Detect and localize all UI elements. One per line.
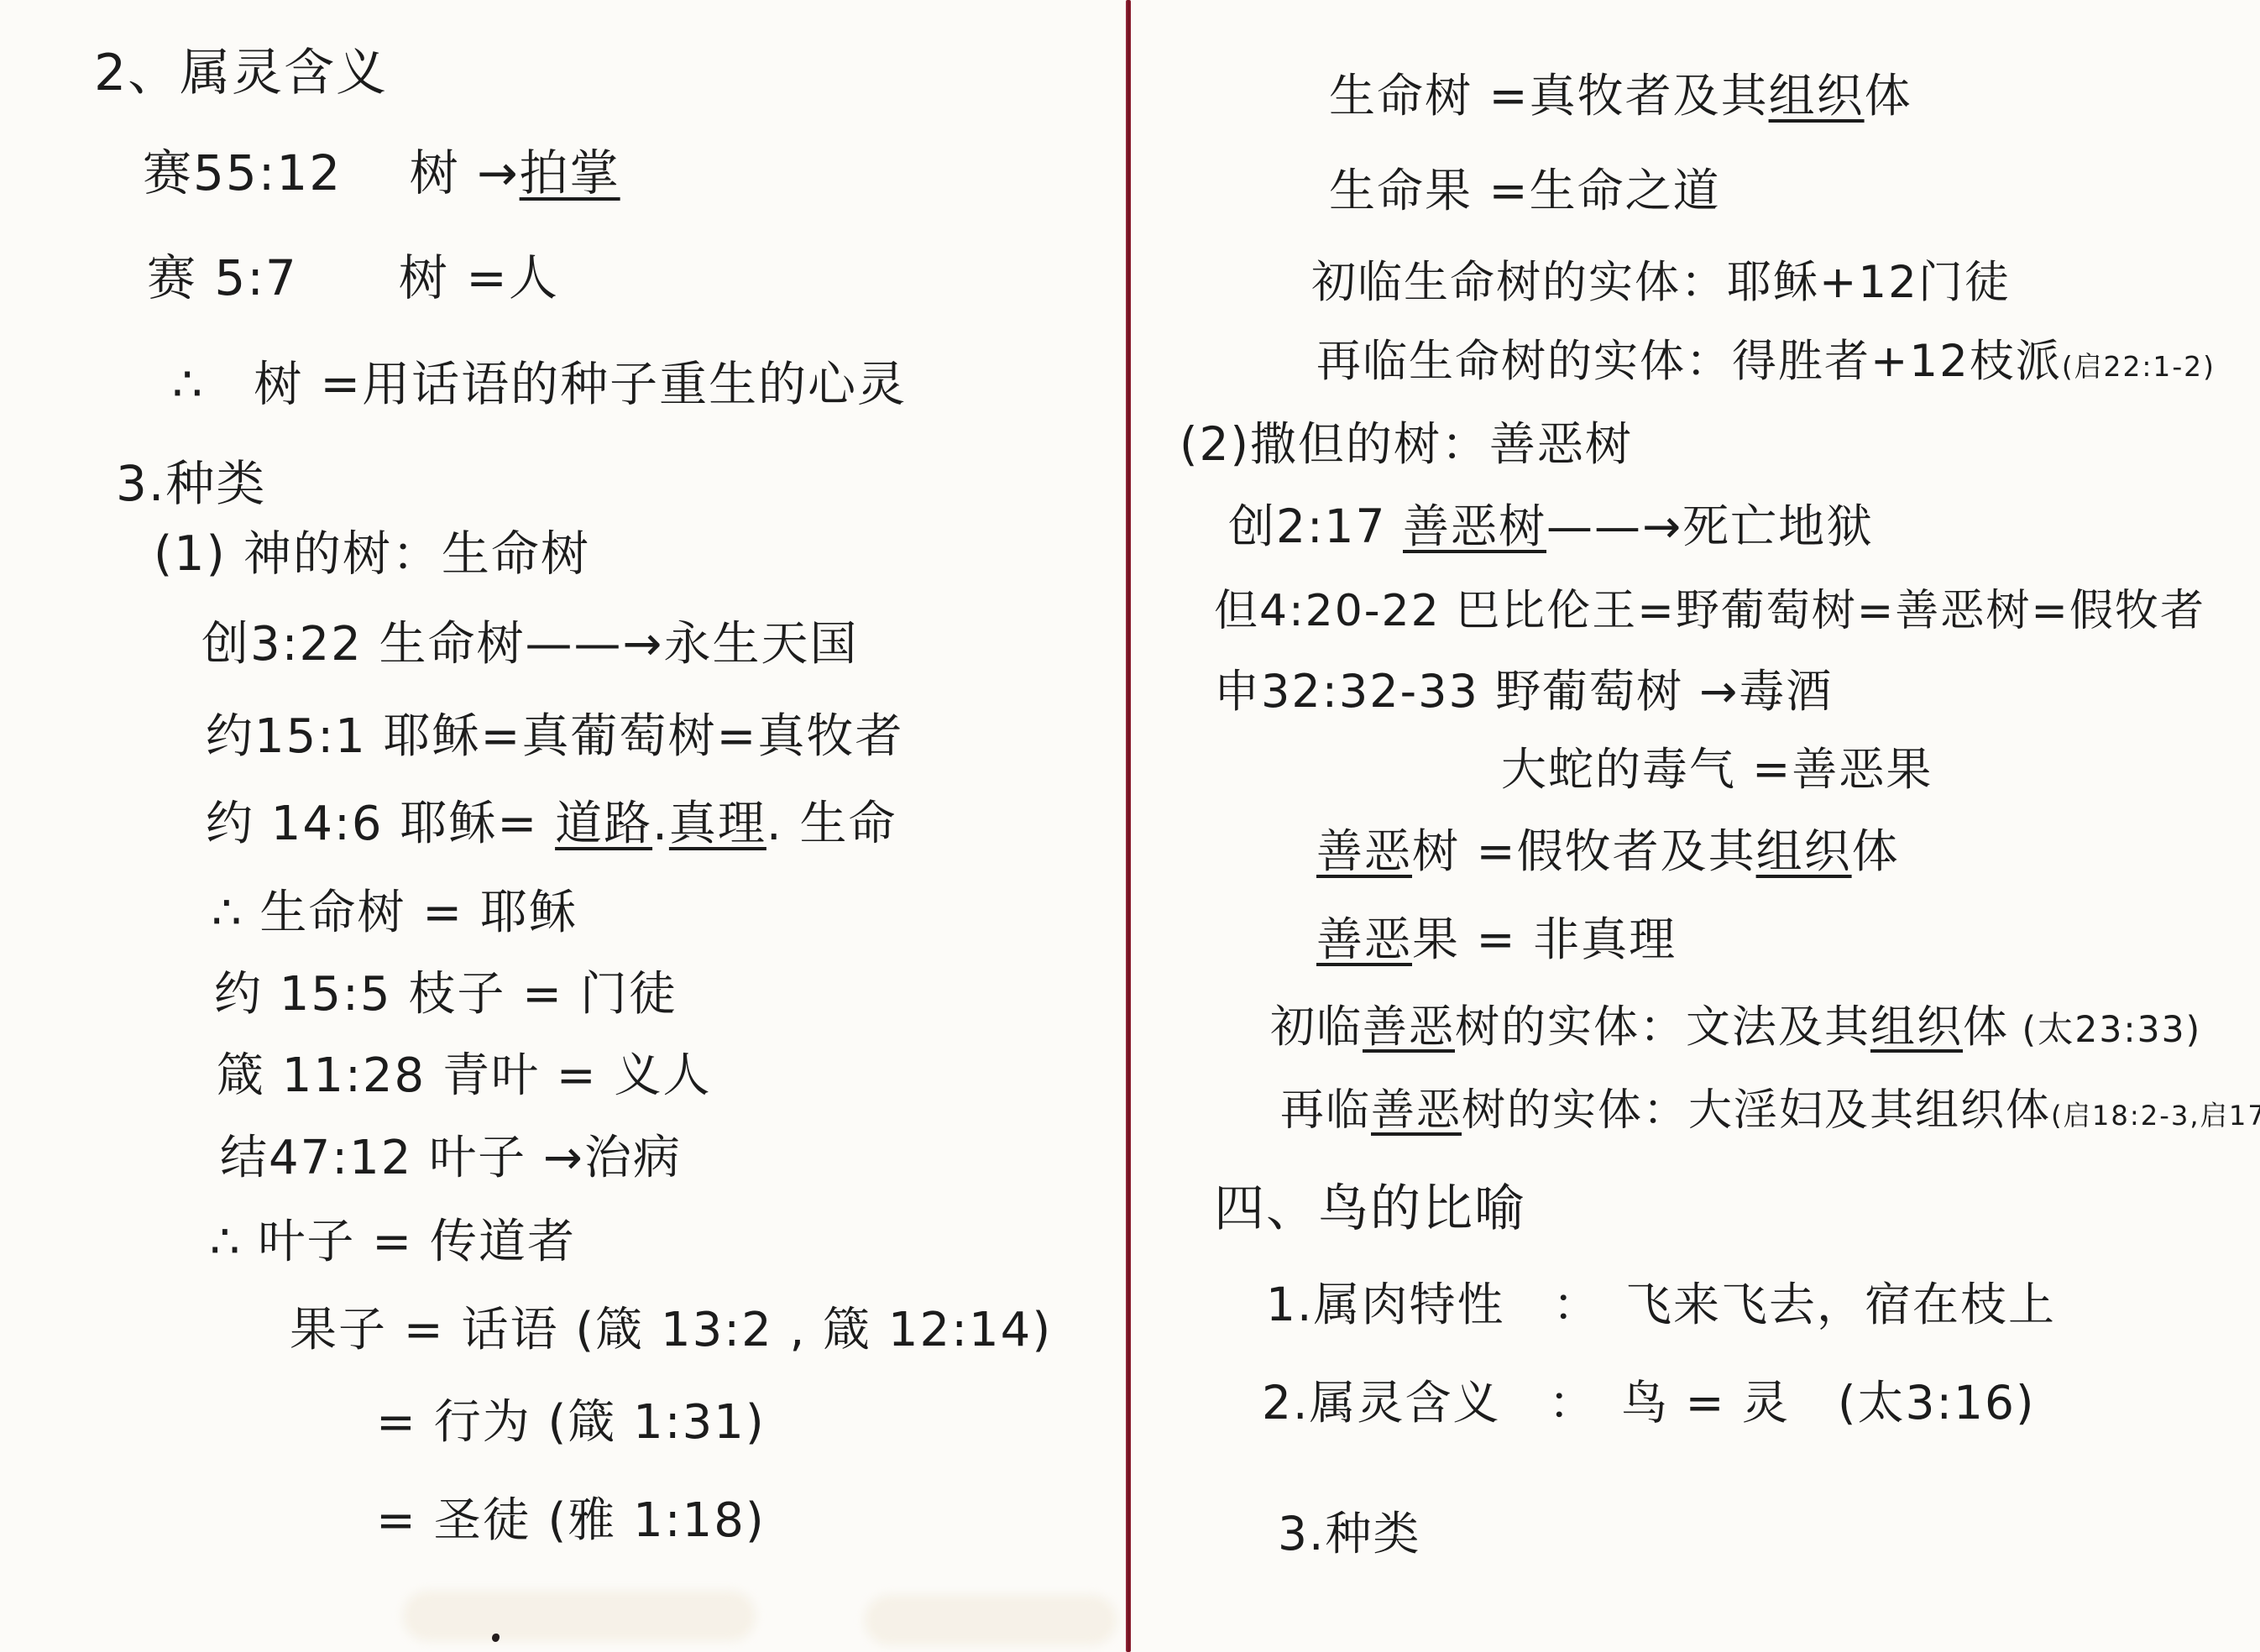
- note-line: 善恶果 = 非真理: [1316, 915, 1677, 965]
- text-run: 但4:20-22 巴比伦王=野葡萄树=善恶树=假牧者: [1214, 586, 2205, 636]
- note-line: (2)撒但的树：善恶树: [1180, 420, 1633, 469]
- underlined-text: 善恶: [1316, 912, 1412, 966]
- right-page: 生命树 =真牧者及其组织体生命果 =生命之道初临生命树的实体：耶稣+12门徒再临…: [0, 0, 2260, 1652]
- text-run: (2)撒但的树：善恶树: [1180, 417, 1633, 471]
- note-line: 再临善恶树的实体：大淫妇及其组织体(启18:2-3,启17:1-5): [1280, 1087, 2260, 1134]
- text-run: 再临: [1280, 1085, 1371, 1136]
- underlined-text: 善恶树: [1403, 499, 1546, 553]
- note-line: 大蛇的毒气 =善恶果: [1501, 745, 1933, 794]
- text-run: 树的实体：文法及其: [1455, 1001, 1870, 1053]
- text-run: 创2:17: [1228, 499, 1403, 553]
- text-run: 1.属肉特性 ： 飞来飞去，宿在枝上: [1266, 1278, 2056, 1331]
- scan-smudge: [865, 1595, 1117, 1645]
- text-run: 生命果 =生命之道: [1329, 164, 1721, 217]
- text-run: 四、鸟的比喻: [1214, 1179, 1526, 1238]
- text-run: 果 = 非真理: [1412, 912, 1677, 966]
- underlined-text: 组织: [1769, 69, 1865, 123]
- scan-smudge: [403, 1591, 756, 1641]
- text-run: 大蛇的毒气 =善恶果: [1501, 743, 1933, 796]
- underlined-text: 组织: [1756, 824, 1852, 878]
- text-run: 申32:32-33 野葡萄树 →毒酒: [1214, 665, 1833, 718]
- note-line: 3.种类: [1278, 1509, 1420, 1559]
- underlined-text: 善恶: [1316, 824, 1412, 878]
- underlined-text: 组织: [1870, 1001, 1963, 1053]
- note-line: 生命果 =生命之道: [1329, 166, 1721, 216]
- note-line: 生命树 =真牧者及其组织体: [1329, 71, 1912, 121]
- text-run: (启18:2-3,启17:1-5): [2051, 1100, 2260, 1132]
- text-run: 树 =假牧者及其: [1412, 824, 1756, 878]
- note-line: 善恶树 =假牧者及其组织体: [1316, 827, 1900, 876]
- text-run: 3.种类: [1278, 1507, 1420, 1561]
- note-line: 初临生命树的实体：耶稣+12门徒: [1311, 259, 2011, 306]
- note-line: 2.属灵含义 ： 鸟 = 灵 (太3:16): [1262, 1378, 2035, 1428]
- text-run: 树的实体：大淫妇及其组织体: [1462, 1085, 2051, 1136]
- note-line: 初临善恶树的实体：文法及其组织体 (太23:33): [1270, 1003, 2201, 1051]
- text-run: 体: [1852, 824, 1900, 878]
- text-run: 体: [1963, 1001, 2009, 1053]
- text-run: ——→死亡地狱: [1546, 499, 1874, 553]
- underlined-text: 善恶: [1363, 1001, 1455, 1053]
- note-line: 但4:20-22 巴比伦王=野葡萄树=善恶树=假牧者: [1214, 588, 2205, 635]
- text-run: 2.属灵含义 ： 鸟 = 灵 (太3:16): [1262, 1376, 2035, 1430]
- text-run: 生命树 =真牧者及其: [1329, 69, 1769, 123]
- text-run: 初临生命树的实体：耶稣+12门徒: [1311, 257, 2011, 308]
- note-line: 再临生命树的实体：得胜者+12枝派(启22:1-2): [1316, 337, 2216, 385]
- text-run: 体: [1865, 69, 1912, 123]
- text-run: (启22:1-2): [2062, 350, 2216, 383]
- note-line: 申32:32-33 野葡萄树 →毒酒: [1214, 667, 1833, 716]
- note-line: 1.属肉特性 ： 飞来飞去，宿在枝上: [1266, 1280, 2056, 1330]
- text-run: 再临生命树的实体：得胜者+12枝派: [1316, 336, 2062, 387]
- underlined-text: 善恶: [1371, 1085, 1462, 1136]
- note-line: 四、鸟的比喻: [1214, 1182, 1526, 1236]
- notebook-scan: 2、属灵含义赛55:12 树 →拍掌赛 5:7 树 =人∴ 树 =用话语的种子重…: [0, 0, 2260, 1652]
- text-run: (太23:33): [2009, 1009, 2201, 1050]
- text-run: 初临: [1270, 1001, 1363, 1053]
- note-line: 创2:17 善恶树——→死亡地狱: [1228, 502, 1874, 552]
